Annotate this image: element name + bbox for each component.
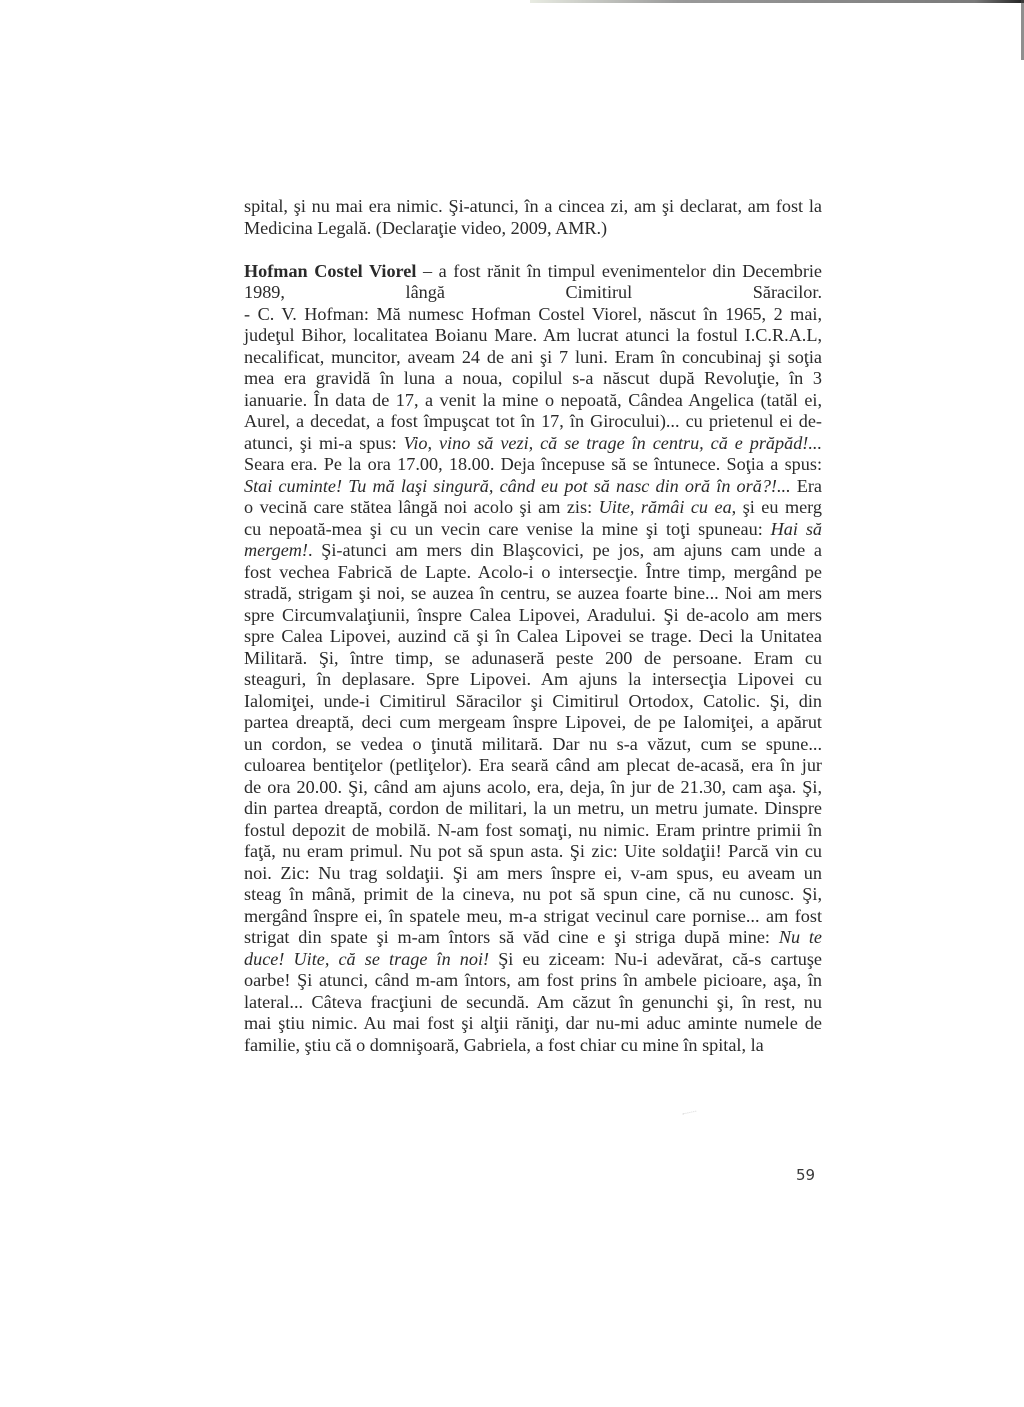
page-number: 59: [796, 1166, 815, 1184]
text-line: mergem!. Şi-atunci am mers din Blaşcovic…: [244, 540, 822, 562]
text-line: culoarea bentiţelor (petliţelor). Era se…: [244, 755, 822, 777]
text-segment: familie, ştiu că o domnişoară, Gabriela,…: [244, 1035, 764, 1055]
text-line: oarbe! Şi atunci, când m-am întors, am f…: [244, 970, 822, 992]
text-segment: ianuarie. În data de 17, a venit la mine…: [244, 390, 822, 410]
text-line: mea era gravidă în luna a noua, copilul …: [244, 368, 822, 390]
text-segment: spre Circumvalaţiunii, înspre Calea Lipo…: [244, 605, 822, 625]
text-segment: spre Calea Lipovei, auzind că şi în Cale…: [244, 626, 822, 646]
text-segment: steaguri, în deplasare. Spre Lipovei. Am…: [244, 669, 822, 689]
text-line: Aurel, a decedat, a fost împuşcat tot în…: [244, 411, 822, 433]
text-line: steag în mână, primit de la cineva, nu p…: [244, 884, 822, 906]
text-line: un cordon, se vedea o ţinută militară. D…: [244, 734, 822, 756]
text-line: o vecină care stătea lângă noi acolo şi …: [244, 497, 822, 519]
text-segment: fostul depozit de mobilă. N-am fost soma…: [244, 820, 822, 840]
text-line: ianuarie. În data de 17, a venit la mine…: [244, 390, 822, 412]
text-line: cu nepoată-mea şi cu un vecin care venis…: [244, 519, 822, 541]
text-line: spre Circumvalaţiunii, înspre Calea Lipo…: [244, 605, 822, 627]
text-segment: strigat din spate şi m-am întors să văd …: [244, 927, 779, 947]
text-line: necalificat, muncitor, aveam 24 de ani ş…: [244, 347, 822, 369]
text-line: Stai cuminte! Tu mă laşi singură, când e…: [244, 476, 822, 498]
paragraph-hofman-testimony: Hofman Costel Viorel – a fost rănit în t…: [244, 261, 822, 1057]
text-line: stradă, strigam şi noi, se auzea în cent…: [244, 583, 822, 605]
quoted-speech: Hai să: [771, 519, 822, 539]
text-line: fost vechea Fabrică de Lapte. Acolo-i o …: [244, 562, 822, 584]
text-segment: - C. V. Hofman: Mă numesc Hofman Costel …: [244, 304, 822, 324]
text-segment: . Şi-atunci am mers din Blaşcovici, pe j…: [308, 540, 822, 560]
page-body: spital, şi nu mai era nimic. Şi-atunci, …: [244, 196, 822, 1056]
text-line: Seara era. Pe la ora 17.00, 18.00. Deja …: [244, 454, 822, 476]
text-line: steaguri, în deplasare. Spre Lipovei. Am…: [244, 669, 822, 691]
quoted-speech: Vio, vino să vezi, că se trage în centru…: [404, 433, 822, 453]
text-segment: Militară. Şi, între timp, se adunaseră p…: [244, 648, 822, 668]
text-segment: faţă, nu eram primul. Nu pot să spun ast…: [244, 841, 822, 861]
text-line: fostul depozit de mobilă. N-am fost soma…: [244, 820, 822, 842]
text-segment: oarbe! Şi atunci, când m-am întors, am f…: [244, 970, 822, 990]
text-line: noi. Zic: Nu trag soldaţii. Şi am mers î…: [244, 863, 822, 885]
text-segment: un cordon, se vedea o ţinută militară. D…: [244, 734, 822, 754]
text-segment: Era: [791, 476, 822, 496]
text-line: duce! Uite, că se trage în noi! Şi eu zi…: [244, 949, 822, 971]
text-line: faţă, nu eram primul. Nu pot să spun ast…: [244, 841, 822, 863]
quoted-speech: Nu te: [779, 927, 822, 947]
text-segment: atunci, şi mi-a spus:: [244, 433, 404, 453]
text-segment: partea dreaptă, deci cum mergeam înspre …: [244, 712, 822, 732]
text-segment: spital, şi nu mai era nimic. Şi-atunci, …: [244, 196, 822, 216]
text-segment: 1989, lângă Cimitirul Săracilor.: [244, 282, 822, 302]
text-segment: o vecină care stătea lângă noi acolo şi …: [244, 497, 599, 517]
text-line: 1989, lângă Cimitirul Săracilor.: [244, 282, 822, 304]
text-line: Hofman Costel Viorel – a fost rănit în t…: [244, 261, 822, 283]
text-segment: lateral... Câteva fracţiuni de secundă. …: [244, 992, 822, 1012]
name-heading: Hofman Costel Viorel: [244, 261, 416, 281]
text-segment: Ialomiţei, unde-i Cimitirul Săracilor şi…: [244, 691, 822, 711]
quoted-speech: mergem!: [244, 540, 308, 560]
text-segment: necalificat, muncitor, aveam 24 de ani ş…: [244, 347, 822, 367]
text-segment: fost vechea Fabrică de Lapte. Acolo-i o …: [244, 562, 822, 582]
text-line: - C. V. Hofman: Mă numesc Hofman Costel …: [244, 304, 822, 326]
text-line: familie, ştiu că o domnişoară, Gabriela,…: [244, 1035, 822, 1057]
text-segment: Aurel, a decedat, a fost împuşcat tot în…: [244, 411, 822, 431]
text-segment: noi. Zic: Nu trag soldaţii. Şi am mers î…: [244, 863, 822, 883]
text-line: partea dreaptă, deci cum mergeam înspre …: [244, 712, 822, 734]
text-segment: mergând înspre ei, în spatele meu, m-a s…: [244, 906, 822, 926]
text-line: mai ştiu nimic. Au mai fost şi alţii răn…: [244, 1013, 822, 1035]
text-segment: mai ştiu nimic. Au mai fost şi alţii răn…: [244, 1013, 822, 1033]
quoted-speech: Uite, rămâi cu ea: [599, 497, 732, 517]
text-line: spre Calea Lipovei, auzind că şi în Cale…: [244, 626, 822, 648]
text-segment: din partea dreaptă, cordon de militari, …: [244, 798, 822, 818]
text-line: mergând înspre ei, în spatele meu, m-a s…: [244, 906, 822, 928]
text-segment: – a fost rănit în timpul evenimentelor d…: [416, 261, 822, 281]
text-line: din partea dreaptă, cordon de militari, …: [244, 798, 822, 820]
text-segment: judeţul Bihor, localitatea Boianu Mare. …: [244, 325, 822, 345]
paragraph-spacer: [244, 239, 822, 261]
text-segment: Medicina Legală. (Declaraţie video, 2009…: [244, 218, 607, 238]
text-segment: steag în mână, primit de la cineva, nu p…: [244, 884, 822, 904]
quoted-speech: duce! Uite, că se trage în noi!: [244, 949, 489, 969]
text-line: Militară. Şi, între timp, se adunaseră p…: [244, 648, 822, 670]
text-segment: Şi eu ziceam: Nu-i adevărat, că-s cartuş…: [489, 949, 822, 969]
text-line: Medicina Legală. (Declaraţie video, 2009…: [244, 218, 822, 240]
text-segment: , şi eu merg: [732, 497, 822, 517]
text-segment: mea era gravidă în luna a noua, copilul …: [244, 368, 822, 388]
text-segment: stradă, strigam şi noi, se auzea în cent…: [244, 583, 822, 603]
scan-edge-top: [530, 0, 1024, 3]
scan-speck: [682, 1111, 697, 1121]
text-segment: culoarea bentiţelor (petliţelor). Era se…: [244, 755, 822, 775]
text-line: de ora 20.00. Şi, când am ajuns acolo, e…: [244, 777, 822, 799]
text-segment: cu nepoată-mea şi cu un vecin care venis…: [244, 519, 771, 539]
text-line: spital, şi nu mai era nimic. Şi-atunci, …: [244, 196, 822, 218]
text-line: Ialomiţei, unde-i Cimitirul Săracilor şi…: [244, 691, 822, 713]
text-line: lateral... Câteva fracţiuni de secundă. …: [244, 992, 822, 1014]
text-line: judeţul Bihor, localitatea Boianu Mare. …: [244, 325, 822, 347]
text-line: strigat din spate şi m-am întors să văd …: [244, 927, 822, 949]
text-segment: de ora 20.00. Şi, când am ajuns acolo, e…: [244, 777, 822, 797]
quoted-speech: Stai cuminte! Tu mă laşi singură, când e…: [244, 476, 791, 496]
text-segment: Seara era. Pe la ora 17.00, 18.00. Deja …: [244, 454, 822, 474]
text-line: atunci, şi mi-a spus: Vio, vino să vezi,…: [244, 433, 822, 455]
paragraph-declaration-end: spital, şi nu mai era nimic. Şi-atunci, …: [244, 196, 822, 239]
